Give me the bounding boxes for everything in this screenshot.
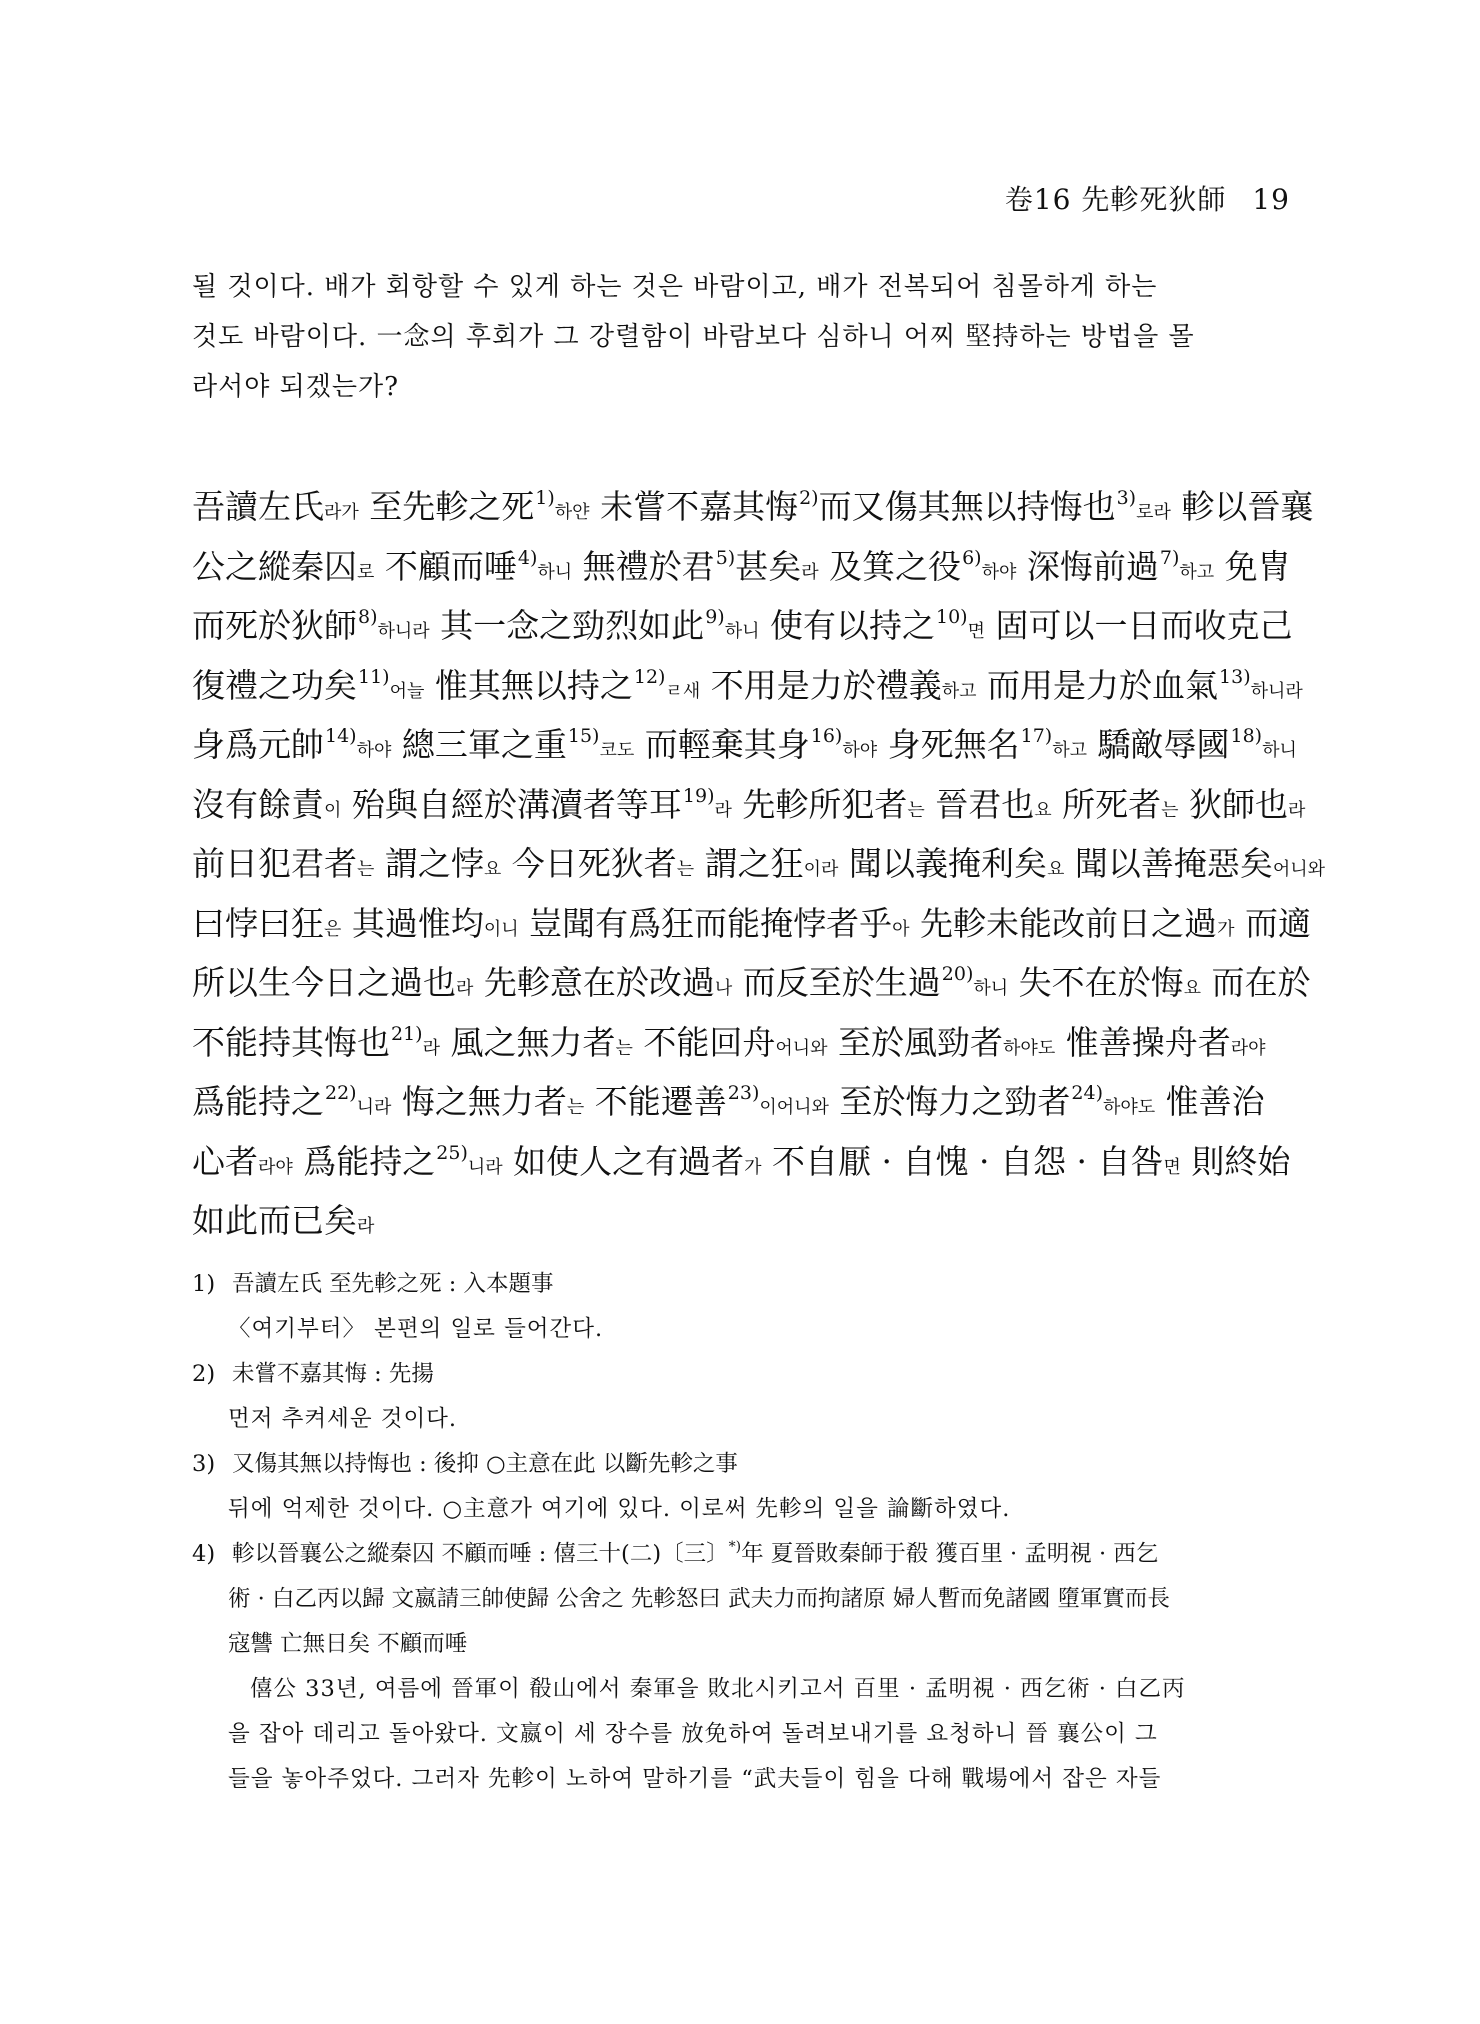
footnote-number: 4) [192,1532,232,1577]
hanja-text: 惟善治 [1155,1082,1265,1121]
korean-particle: 면 [968,621,985,642]
footnote-ref[interactable]: 23) [728,1082,760,1104]
hanja-text: 風之無力者 [440,1023,616,1062]
hanja-text: 無禮於君 [572,547,715,586]
original-text-line: 吾讀左氏라가 至先軫之死1)하얀 未嘗不嘉其悔2)而又傷其無以持悔也3)로라 軫… [192,480,1292,540]
footnotes: 1)吾讀左氏 至先軫之死 : 入本題事 〈여기부터〉 본편의 일로 들어간다. … [192,1262,1292,1802]
hanja-text: 公之縱秦囚 [192,547,357,586]
korean-particle: 가 [744,1157,761,1178]
hanja-text: 殆與自經於溝瀆者等耳 [341,785,682,824]
hanja-text: 不自厭 · 自愧 · 自怨 · 自咎 [762,1142,1164,1181]
korean-particle: 하고 [1179,562,1214,583]
korean-particle: 하야도 [1103,1097,1155,1118]
korean-particle: 라가 [324,502,359,523]
footnote-head-continued: 寇讐 亡無日矣 不顧而唾 [192,1622,1292,1667]
korean-particle: 어니와 [775,1038,827,1059]
original-text-line: 前日犯君者는 謂之悖요 今日死狄者는 謂之狂이라 聞以義掩利矣요 聞以善掩惡矣어… [192,837,1292,897]
hanja-text: 至於悔力之勁者 [829,1082,1071,1121]
footnote-ref[interactable]: 1) [535,487,555,509]
korean-particle: 이라 [804,859,839,880]
footnote-ref[interactable]: 12) [634,666,666,688]
footnote-ref[interactable]: 22) [325,1082,357,1104]
footnote-ref[interactable]: 13) [1219,666,1251,688]
footnote-editor-mark: *) [729,1539,741,1555]
korean-particle: 하니 [1262,740,1297,761]
footnote-head-rest: 年 夏晉敗秦師于殽 獲百里 · 孟明視 · 西乞 [741,1541,1158,1567]
hanja-text: 所以生今日之過也 [192,963,456,1002]
hanja-text: 深悔前過 [1016,547,1159,586]
korean-particle: 하얀 [555,502,590,523]
hanja-text: 晉君也 [925,785,1035,824]
hanja-text: 免冑 [1214,547,1291,586]
chapter-title: 卷16 先軫死狄師 [1005,183,1227,216]
original-text-line: 沒有餘責이 殆與自經於溝瀆者等耳19)라 先軫所犯者는 晉君也요 所死者는 狄師… [192,778,1292,838]
footnote-ref[interactable]: 2) [799,487,819,509]
original-text-line: 如此而已矣라 [192,1194,1292,1254]
running-head: 卷16 先軫死狄師19 [1005,178,1290,218]
korean-particle: 는 [677,859,694,880]
original-text-line: 公之縱秦囚로 不顧而唾4)하니 無禮於君5)甚矣라 及箕之役6)하야 深悔前過7… [192,540,1292,600]
original-text-line: 曰悖曰狂은 其過惟均이니 豈聞有爲狂而能掩悖者乎아 先軫未能改前日之過가 而適 [192,897,1292,957]
footnote-ref[interactable]: 19) [683,785,715,807]
footnote-head: 又傷其無以持悔也 : 後抑 ○主意在此 以斷先軫之事 [232,1451,738,1477]
hanja-text: 狄師也 [1179,785,1289,824]
hanja-text: 及箕之役 [819,547,962,586]
korean-particle: 코도 [599,740,634,761]
korean-particle: 니라 [468,1157,503,1178]
footnote-body: 僖公 33년, 여름에 晉軍이 殽山에서 秦軍을 敗北시키고서 百里 · 孟明視… [192,1667,1292,1712]
korean-particle: 라 [801,562,818,583]
footnote-ref[interactable]: 4) [518,547,538,569]
original-text-line: 不能持其悔也21)라 風之無力者는 不能回舟어니와 至於風勁者하야도 惟善操舟者… [192,1016,1292,1076]
footnote-ref[interactable]: 3) [1117,487,1137,509]
hanja-text: 而用是力於血氣 [977,666,1219,705]
korean-particle: 하야 [982,562,1017,583]
footnote-ref[interactable]: 25) [436,1142,468,1164]
footnote-ref[interactable]: 18) [1231,725,1263,747]
hanja-text: 不用是力於禮義 [700,666,942,705]
hanja-text: 先軫意在於改過 [473,963,715,1002]
hanja-text: 先軫所犯者 [732,785,908,824]
korean-particle: 요 [484,859,501,880]
hanja-text: 身爲元帥 [192,725,324,764]
footnote-ref[interactable]: 21) [391,1023,423,1045]
footnote-body: 뒤에 억제한 것이다. ○主意가 여기에 있다. 이로써 先軫의 일을 論斷하였… [192,1487,1292,1532]
original-text-line: 而死於狄師8)하니라 其一念之勁烈如此9)하니 使有以持之10)면 固可以一日而… [192,599,1292,659]
footnote-3: 3)又傷其無以持悔也 : 後抑 ○主意在此 以斷先軫之事 뒤에 억제한 것이다.… [192,1442,1292,1532]
footnote-body: 을 잡아 데리고 돌아왔다. 文嬴이 세 장수를 放免하여 돌려보내기를 요청하… [192,1712,1292,1757]
korean-particle: 는 [567,1097,584,1118]
korean-particle: 하니 [537,562,572,583]
korean-particle: 하고 [942,681,977,702]
korean-particle: 하야 [842,740,877,761]
footnote-2: 2)未嘗不嘉其悔 : 先揚 먼저 추켜세운 것이다. [192,1352,1292,1442]
hanja-text: 而死於狄師 [192,606,357,645]
footnote-1: 1)吾讀左氏 至先軫之死 : 入本題事 〈여기부터〉 본편의 일로 들어간다. [192,1262,1292,1352]
hanja-text: 不能持其悔也 [192,1023,390,1062]
korean-particle: 라야 [258,1157,293,1178]
hanja-text: 不能回舟 [633,1023,776,1062]
korean-particle: 요 [1034,800,1051,821]
korean-particle: 하니라 [1251,681,1303,702]
korean-particle: 이어니와 [759,1097,829,1118]
korean-particle: 는 [1161,800,1178,821]
footnote-head-continued: 術 · 白乙丙以歸 文嬴請三帥使歸 公舍之 先軫怒曰 武夫力而拘諸原 婦人暫而免… [192,1577,1292,1622]
hanja-text: 驕敵辱國 [1087,725,1230,764]
hanja-text: 聞以義掩利矣 [838,844,1047,883]
footnote-body: 먼저 추켜세운 것이다. [192,1397,1292,1442]
footnote-ref[interactable]: 11) [358,666,390,688]
footnote-ref[interactable]: 14) [325,725,357,747]
footnote-ref[interactable]: 7) [1160,547,1180,569]
hanja-text: 先軫未能改前日之過 [910,904,1218,943]
hanja-text: 豈聞有爲狂而能掩悖者乎 [519,904,893,943]
footnote-number: 3) [192,1442,232,1487]
original-text-line: 爲能持之22)니라 悔之無力者는 不能遷善23)이어니와 至於悔力之勁者24)하… [192,1075,1292,1135]
korean-particle: 라 [423,1038,440,1059]
hanja-text: 曰悖曰狂 [192,904,324,943]
korean-particle: 하니라 [378,621,430,642]
korean-particle: ㄹ새 [665,681,700,702]
footnote-head: 未嘗不嘉其悔 : 先揚 [232,1361,434,1387]
footnote-ref[interactable]: 15) [568,725,600,747]
hanja-text: 爲能持之 [192,1082,324,1121]
korean-particle: 나 [715,978,732,999]
hanja-text: 惟其無以持之 [424,666,633,705]
footnote-ref[interactable]: 6) [962,547,982,569]
korean-particle: 어늘 [390,681,425,702]
korean-particle: 아 [892,919,909,940]
original-text-line: 復禮之功矣11)어늘 惟其無以持之12)ㄹ새 不用是力於禮義하고 而用是力於血氣… [192,659,1292,719]
hanja-text: 謂之狂 [694,844,804,883]
korean-particle: 하고 [1052,740,1087,761]
hanja-text: 其過惟均 [341,904,484,943]
footnote-body: 들을 놓아주었다. 그러자 先軫이 노하여 말하기를 “武夫들이 힘을 다해 戰… [192,1757,1292,1802]
original-text-line: 身爲元帥14)하야 總三軍之重15)코도 而輕棄其身16)하야 身死無名17)하… [192,718,1292,778]
hanja-text: 總三軍之重 [391,725,567,764]
footnote-ref[interactable]: 10) [936,606,968,628]
hanja-text: 謂之悖 [374,844,484,883]
korean-particle: 라 [357,1216,374,1237]
korean-particle: 하야도 [1003,1038,1055,1059]
footnote-ref[interactable]: 16) [811,725,843,747]
translation-line: 될 것이다. 배가 회항할 수 있게 하는 것은 바람이고, 배가 전복되어 침… [192,262,1288,312]
korean-particle: 요 [1047,859,1064,880]
footnote-head: 軫以晉襄公之縱秦囚 不顧而唾 : 僖三十(二)〔三〕 [232,1541,729,1567]
korean-particle: 로라 [1136,502,1171,523]
footnote-ref[interactable]: 24) [1071,1082,1103,1104]
hanja-text: 而又傷其無以持悔也 [819,487,1116,526]
footnote-ref[interactable]: 8) [358,606,378,628]
footnote-ref[interactable]: 20) [942,963,974,985]
hanja-text: 惟善操舟者 [1055,1023,1231,1062]
hanja-text: 如此而已矣 [192,1201,357,1240]
footnote-ref[interactable]: 17) [1021,725,1053,747]
hanja-text: 甚矣 [735,547,801,586]
original-text-line: 心者라야 爲能持之25)니라 如使人之有過者가 不自厭 · 自愧 · 自怨 · … [192,1135,1292,1195]
footnote-body: 〈여기부터〉 본편의 일로 들어간다. [192,1307,1292,1352]
hanja-text: 沒有餘責 [192,785,324,824]
footnote-number: 1) [192,1262,232,1307]
hanja-text: 至先軫之死 [359,487,535,526]
hanja-text: 聞以善掩惡矣 [1064,844,1273,883]
hanja-text: 今日死狄者 [501,844,677,883]
hanja-text: 爲能持之 [293,1142,436,1181]
hanja-text: 不能遷善 [584,1082,727,1121]
hanja-text: 而適 [1234,904,1311,943]
korean-particle: 로 [357,562,374,583]
hanja-text: 悔之無力者 [391,1082,567,1121]
korean-particle: 라 [714,800,731,821]
translation-continued: 될 것이다. 배가 회항할 수 있게 하는 것은 바람이고, 배가 전복되어 침… [192,262,1288,412]
hanja-text: 而在於 [1201,963,1311,1002]
footnote-ref[interactable]: 5) [716,547,736,569]
hanja-text: 至於風勁者 [828,1023,1004,1062]
hanja-text: 所死者 [1052,785,1162,824]
korean-particle: 은 [324,919,341,940]
korean-particle: 하니 [973,978,1008,999]
korean-particle: 는 [907,800,924,821]
hanja-text: 不顧而唾 [374,547,517,586]
hanja-text: 如使人之有過者 [503,1142,745,1181]
footnote-number: 2) [192,1352,232,1397]
hanja-text: 固可以一日而收克己 [985,606,1293,645]
korean-particle: 하니 [725,621,760,642]
korean-particle: 라야 [1231,1038,1266,1059]
korean-particle: 니라 [357,1097,392,1118]
korean-particle: 면 [1163,1157,1180,1178]
korean-particle: 가 [1217,919,1234,940]
original-text-line: 所以生今日之過也라 先軫意在於改過나 而反至於生過20)하니 失不在於悔요 而在… [192,956,1292,1016]
hanja-text: 則終始 [1181,1142,1291,1181]
korean-particle: 이 [324,800,341,821]
korean-particle: 하야 [357,740,392,761]
hanja-text: 未嘗不嘉其悔 [590,487,799,526]
hanja-text: 軫以晉襄 [1171,487,1314,526]
translation-line: 라서야 되겠는가? [192,362,1288,412]
korean-particle: 어니와 [1273,859,1325,880]
hanja-text: 前日犯君者 [192,844,357,883]
korean-particle: 라 [1288,800,1305,821]
hanja-text: 失不在於悔 [1008,963,1184,1002]
hanja-text: 心者 [192,1142,258,1181]
page-number: 19 [1252,183,1290,216]
korean-particle: 요 [1184,978,1201,999]
korean-particle: 는 [357,859,374,880]
hanja-text: 復禮之功矣 [192,666,357,705]
korean-particle: 이니 [484,919,519,940]
korean-particle: 라 [456,978,473,999]
footnote-head: 吾讀左氏 至先軫之死 : 入本題事 [232,1271,554,1297]
hanja-text: 而反至於生過 [732,963,941,1002]
hanja-text: 其一念之勁烈如此 [430,606,705,645]
hanja-text: 吾讀左氏 [192,487,324,526]
translation-line: 것도 바람이다. 一念의 후회가 그 강렬함이 바람보다 심하니 어찌 堅持하는… [192,312,1288,362]
hanja-text: 而輕棄其身 [634,725,810,764]
original-text: 吾讀左氏라가 至先軫之死1)하얀 未嘗不嘉其悔2)而又傷其無以持悔也3)로라 軫… [192,480,1292,1254]
footnote-4: 4)軫以晉襄公之縱秦囚 不顧而唾 : 僖三十(二)〔三〕*)年 夏晉敗秦師于殽 … [192,1532,1292,1802]
korean-particle: 는 [615,1038,632,1059]
footnote-ref[interactable]: 9) [705,606,725,628]
hanja-text: 使有以持之 [759,606,935,645]
hanja-text: 身死無名 [877,725,1020,764]
